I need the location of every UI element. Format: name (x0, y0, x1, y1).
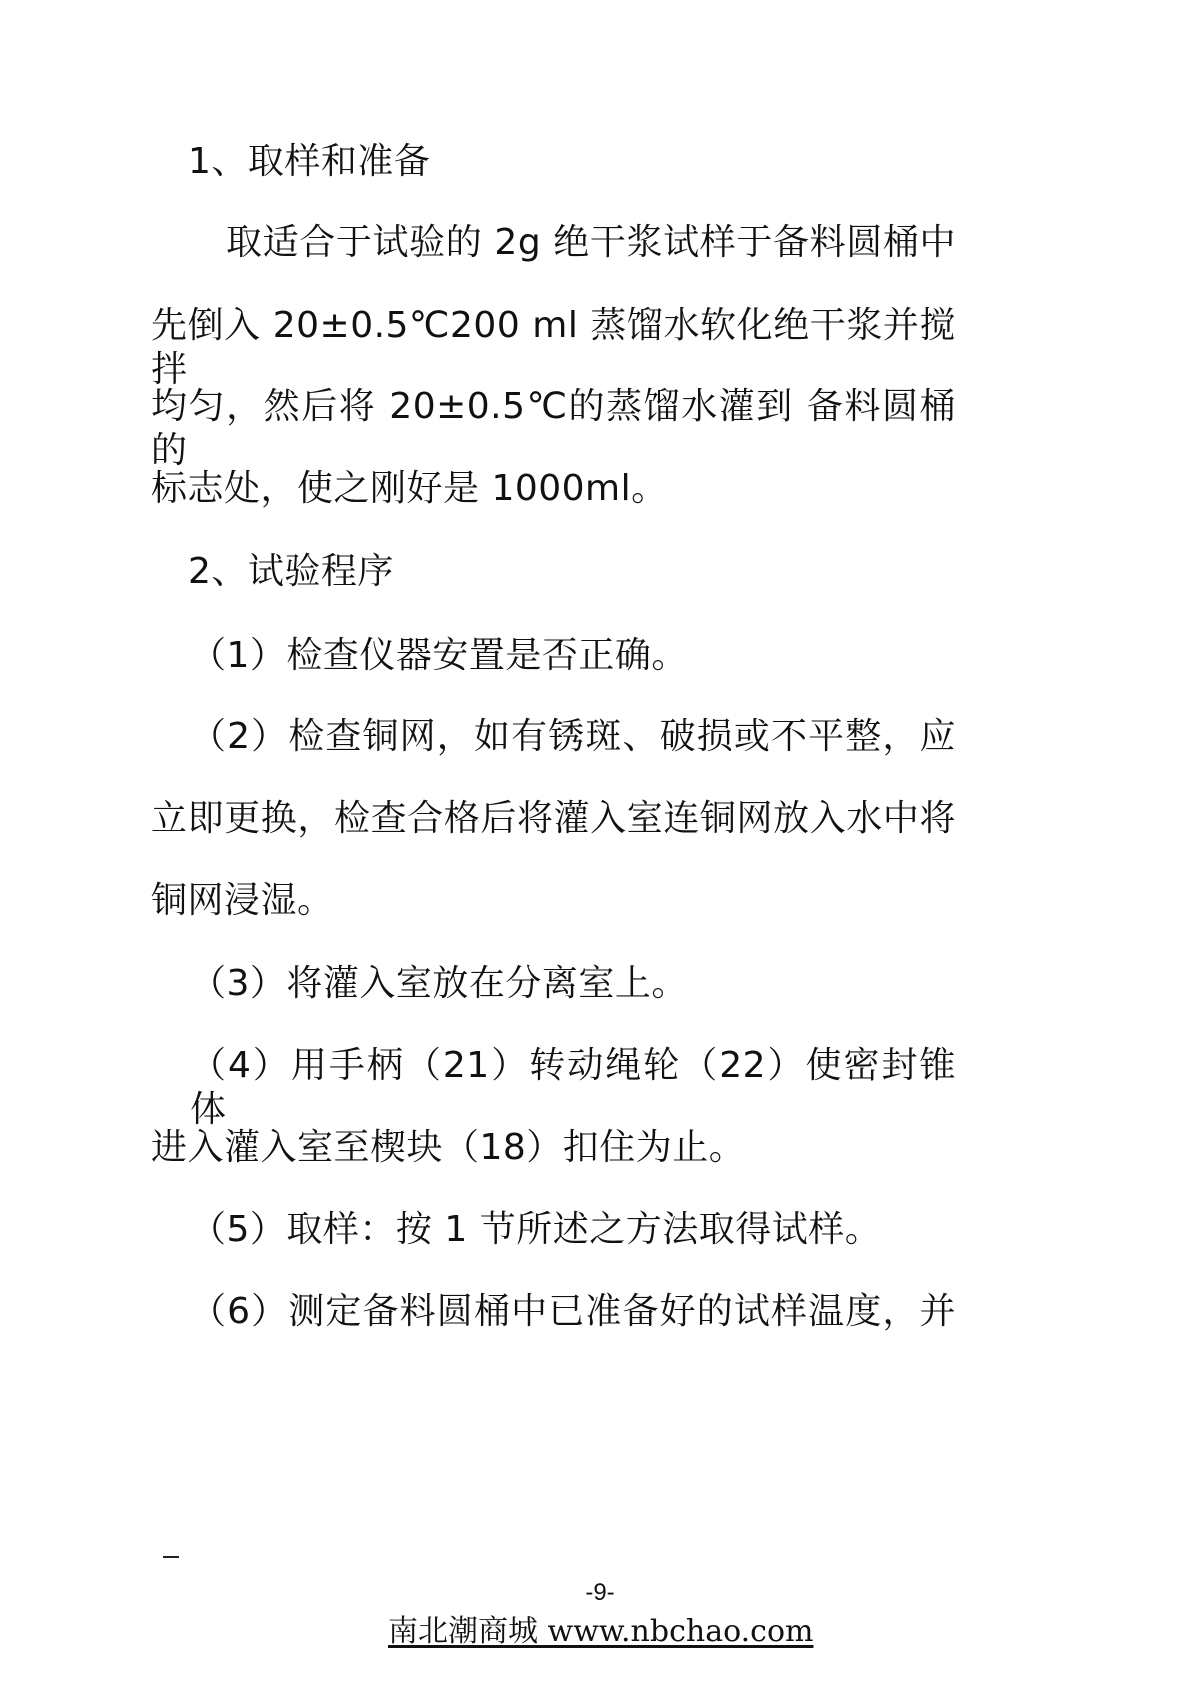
step-6: （6）测定备料圆桶中已准备好的试样温度，并 (190, 1290, 956, 1334)
paragraph-line: 标志处，使之刚好是 1000ml。 (151, 467, 668, 511)
paragraph-line: 均匀，然后将 20±0.5℃的蒸馏水灌到 备料圆桶的 (151, 385, 956, 473)
paragraph-line: 先倒入 20±0.5℃200 ml 蒸馏水软化绝干浆并搅拌 (151, 304, 956, 392)
page-number: -9- (0, 1578, 1200, 1608)
section-heading-procedure: 2、试验程序 (188, 550, 394, 594)
step-3: （3）将灌入室放在分离室上。 (190, 962, 688, 1006)
step-1: （1）检查仪器安置是否正确。 (190, 634, 688, 678)
step-2: （2）检查铜网，如有锈斑、破损或不平整，应 (190, 715, 956, 759)
document-page: 1、取样和准备 取适合于试验的 2g 绝干浆试样于备料圆桶中 先倒入 20±0.… (0, 0, 1200, 1702)
site-footer-link[interactable]: 南北潮商城 www.nbchao.com (388, 1614, 813, 1650)
step-5: （5）取样：按 1 节所述之方法取得试样。 (190, 1208, 881, 1252)
section-heading-sampling: 1、取样和准备 (188, 140, 430, 184)
step-4-cont: 进入灌入室至楔块（18）扣住为止。 (151, 1126, 745, 1170)
paragraph-line: 取适合于试验的 2g 绝干浆试样于备料圆桶中 (226, 221, 956, 265)
footnote-rule (163, 1556, 179, 1558)
step-4: （4）用手柄（21）转动绳轮（22）使密封锥体 (190, 1044, 956, 1132)
step-2-cont: 铜网浸湿。 (151, 879, 334, 923)
step-2-cont: 立即更换，检查合格后将灌入室连铜网放入水中将 (151, 797, 956, 841)
